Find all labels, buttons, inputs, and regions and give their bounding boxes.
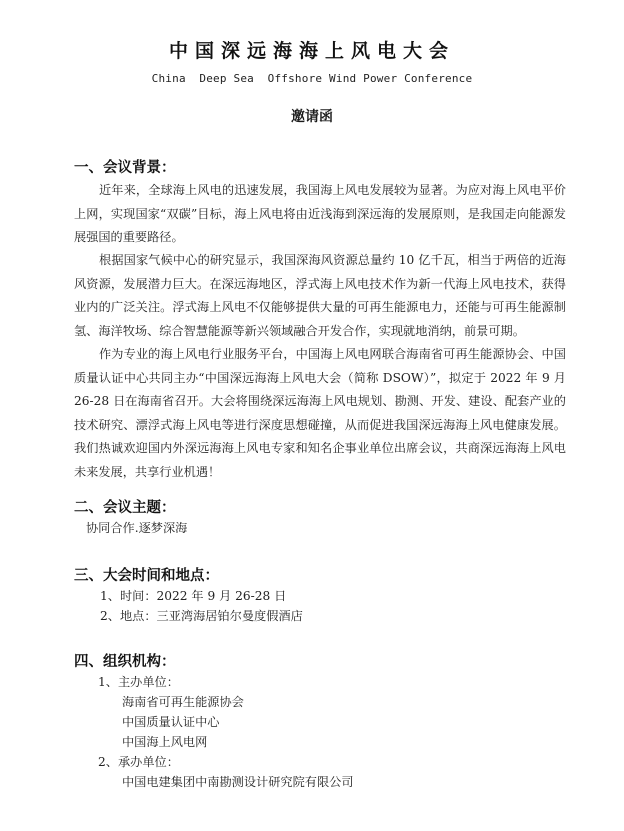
host-label: 1、主办单位： bbox=[98, 673, 179, 690]
title-english: China Deep Sea Offshore Wind Power Confe… bbox=[0, 72, 624, 85]
section-heading-organizations: 四、组织机构： bbox=[74, 650, 176, 671]
background-paragraph-3: 作为专业的海上风电行业服务平台，中国海上风电网联合海南省可再生能源协会、中国质量… bbox=[74, 343, 566, 484]
invitation-subtitle: 邀请函 bbox=[0, 106, 624, 126]
section-heading-time-place: 三、大会时间和地点： bbox=[74, 564, 219, 585]
organizer-item: 中国电建集团中南勘测设计研究院有限公司 bbox=[122, 773, 354, 790]
title-chinese: 中国深远海海上风电大会 bbox=[0, 36, 624, 63]
background-paragraph-2: 根据国家气候中心的研究显示，我国深海风资源总量约 10 亿千瓦，相当于两倍的近海… bbox=[74, 249, 566, 343]
host-item: 海南省可再生能源协会 bbox=[122, 693, 244, 710]
host-item: 中国质量认证中心 bbox=[122, 713, 220, 730]
conference-time: 1、时间：2022 年 9 月 26-28 日 bbox=[100, 587, 286, 604]
invitation-page: 中国深远海海上风电大会 China Deep Sea Offshore Wind… bbox=[0, 0, 624, 831]
conference-theme: 协同合作.逐梦深海 bbox=[86, 519, 187, 536]
organizer-label: 2、承办单位： bbox=[98, 753, 179, 770]
host-item: 中国海上风电网 bbox=[122, 733, 207, 750]
conference-location: 2、地点：三亚湾海居铂尔曼度假酒店 bbox=[100, 607, 303, 624]
section-heading-theme: 二、会议主题： bbox=[74, 496, 176, 517]
section-heading-background: 一、会议背景： bbox=[74, 156, 176, 177]
background-paragraph-1: 近年来，全球海上风电的迅速发展，我国海上风电发展较为显著。为应对海上风电平价上网… bbox=[74, 179, 566, 250]
